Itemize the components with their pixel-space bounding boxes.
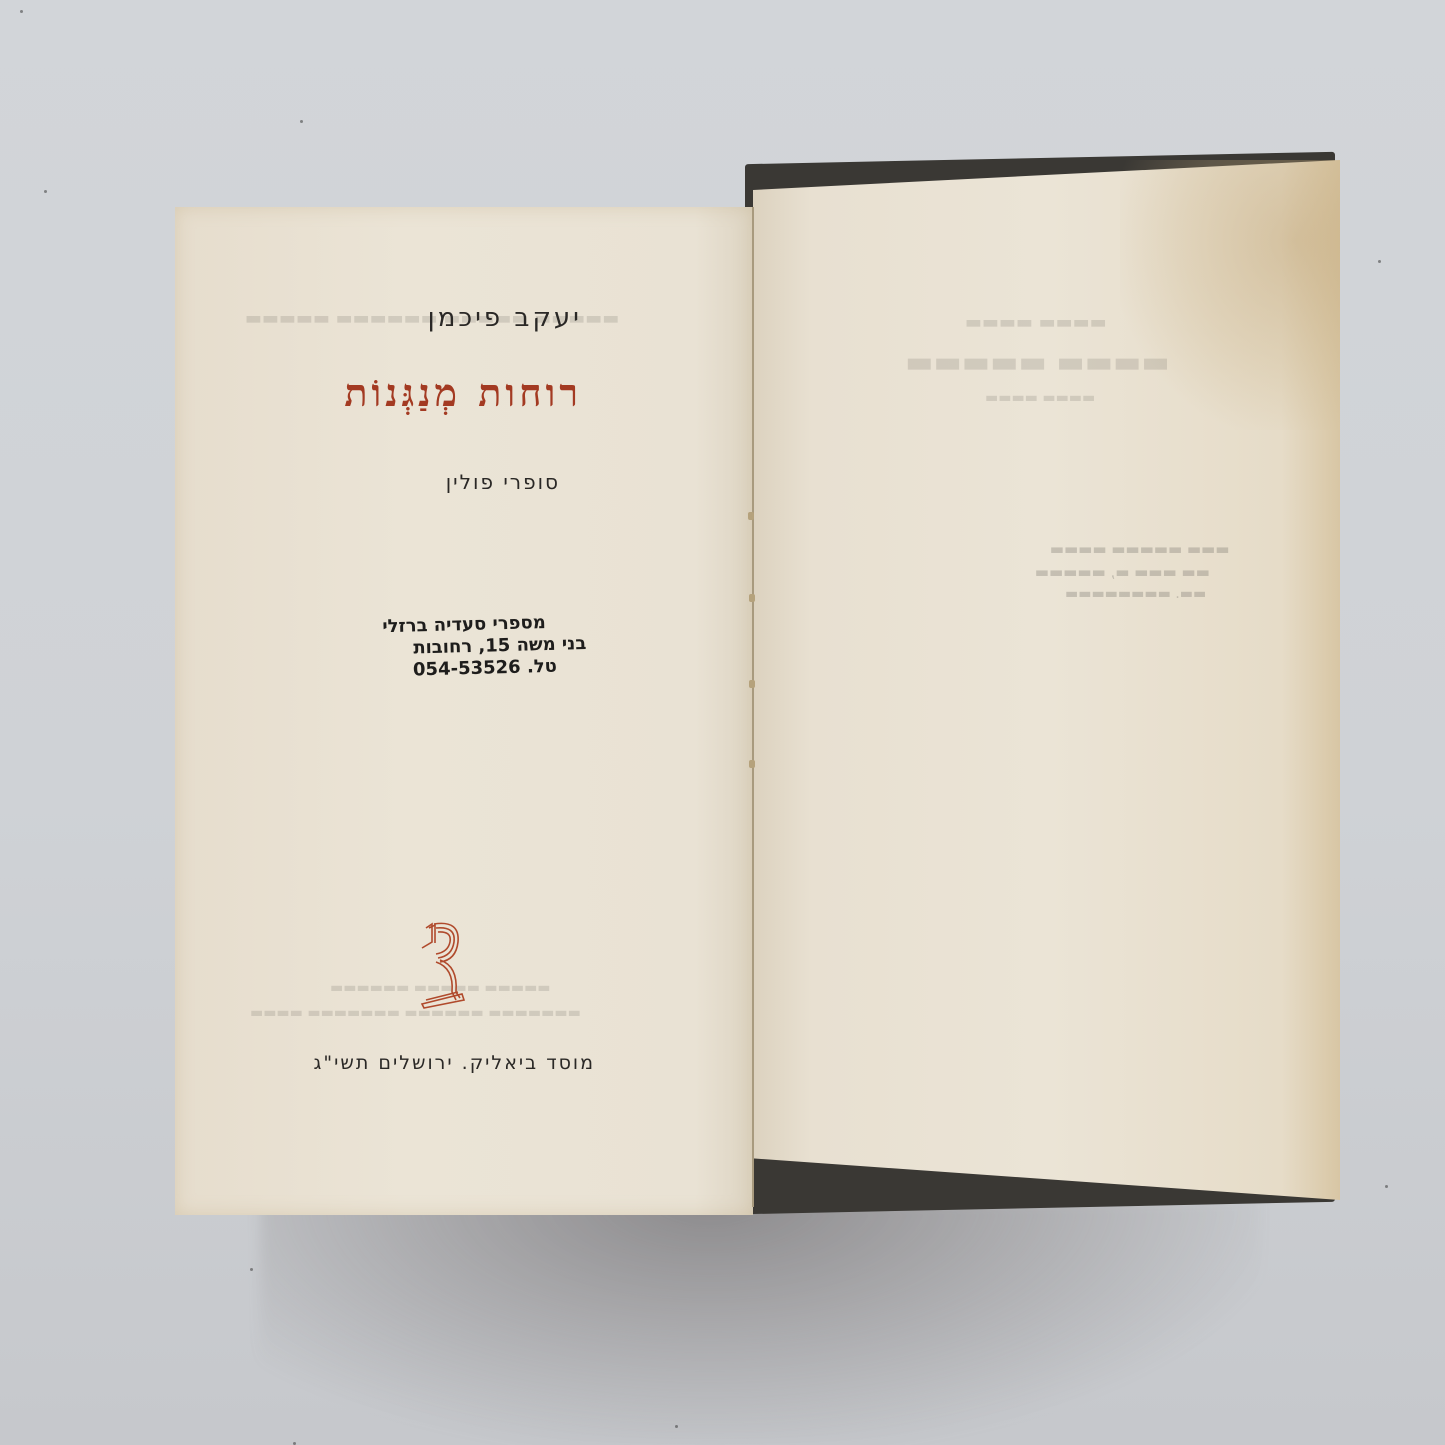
binding-stitch — [749, 594, 755, 602]
dust-speck — [300, 120, 303, 123]
dust-speck — [20, 10, 23, 13]
dust-speck — [250, 1268, 253, 1271]
author-name: יעקב פיכמן — [428, 303, 582, 333]
bookseller-stamp: מספרי סעדיה ברזלי בני משה 15, רחובות טל.… — [382, 612, 547, 682]
stamp-line-3: טל. 054-53526 — [383, 656, 557, 683]
book-shadow — [260, 1200, 1260, 1445]
scene: ▬▬▬▬▬ ▬▬▬▬▬ ▬▬▬▬▬▬ ▬▬▬▬▬ ▬▬▬▬▬ ▬▬▬▬▬ ▬▬▬… — [0, 0, 1445, 1445]
dust-speck — [44, 190, 47, 193]
bet-emblem-icon — [418, 920, 468, 1010]
dust-speck — [675, 1425, 678, 1428]
series-name: סופרי פולין — [446, 470, 560, 494]
book-title: רוחות מְנַגְּנוֹת — [344, 370, 582, 416]
right-page — [753, 160, 1340, 1200]
dust-speck — [1385, 1185, 1388, 1188]
binding-stitch — [748, 512, 754, 520]
page-gutter — [752, 207, 754, 1207]
dust-speck — [1378, 260, 1381, 263]
publisher-line: מוסד ביאליק. ירושלים תשי"ג — [314, 1052, 595, 1074]
binding-stitch — [749, 680, 755, 688]
binding-stitch — [749, 760, 755, 768]
